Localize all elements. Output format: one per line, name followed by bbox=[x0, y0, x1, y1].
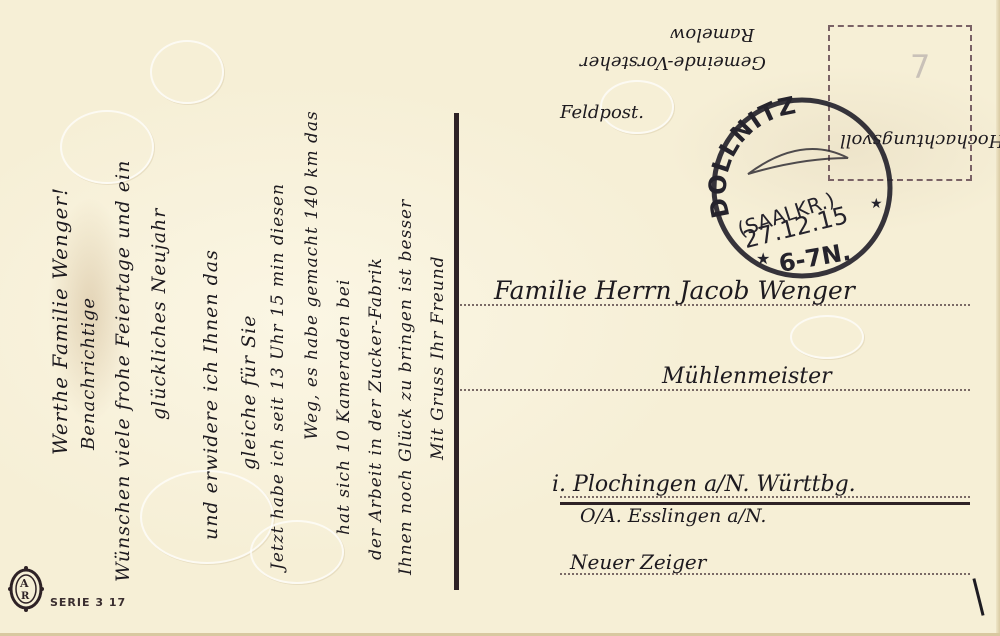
svg-text:A: A bbox=[19, 577, 29, 590]
postmark: DÖLLNITZ (SAALKR.) 27.12.15 6-7N. ★ ★ bbox=[708, 96, 896, 280]
address-street: Neuer Zeiger bbox=[570, 550, 706, 574]
message-line: und erwidere ich Ihnen das bbox=[200, 249, 222, 540]
message-line: Ihnen noch Glück zu bringen ist besser bbox=[396, 199, 416, 575]
svg-text:R: R bbox=[21, 591, 30, 602]
emboss-flower bbox=[250, 520, 344, 584]
address-town: i. Plochingen a/N. Württbg. bbox=[552, 472, 856, 497]
message-line: der Arbeit in der Zucker-Fabrik bbox=[366, 257, 386, 560]
card-right-edge bbox=[996, 0, 1000, 636]
postcard: Werthe Familie Wenger! Benachrichtige Wü… bbox=[0, 0, 1000, 636]
address-occupation: Mühlenmeister bbox=[662, 364, 832, 389]
message-line: Weg, es habe gemacht 140 km das bbox=[302, 110, 322, 440]
monogram-logo-icon: A R bbox=[8, 563, 44, 613]
address-recipient: Familie Herrn Jacob Wenger bbox=[494, 276, 855, 305]
message-line: Wünschen viele frohe Feiertage und ein bbox=[112, 160, 134, 582]
upside-down-note-line: Gemeinde-Vorsteher bbox=[580, 52, 766, 73]
address-district: O/A. Esslingen a/N. bbox=[580, 505, 766, 527]
upside-down-note-line: Ramelow bbox=[670, 24, 754, 45]
message-line: gleiche für Sie bbox=[238, 315, 260, 470]
ink-stroke bbox=[972, 578, 984, 616]
star-icon: ★ bbox=[756, 249, 770, 268]
emboss-flower bbox=[790, 315, 864, 359]
address-rule bbox=[460, 389, 970, 391]
emboss-flower bbox=[60, 110, 154, 184]
star-icon: ★ bbox=[870, 196, 883, 212]
message-line: Benachrichtige bbox=[78, 297, 99, 450]
message-line: Jetzt habe ich seit 13 Uhr 15 min diesen bbox=[268, 183, 288, 570]
message-line: glückliches Neujahr bbox=[148, 208, 170, 420]
pencil-mark: 7 bbox=[910, 48, 930, 86]
upside-down-note-line: Feldpost. bbox=[560, 102, 644, 123]
message-line: hat sich 10 Kameraden bei bbox=[334, 279, 354, 535]
message-line: Mit Gruss Ihr Freund bbox=[428, 255, 448, 460]
card-divider bbox=[454, 113, 459, 590]
series-label: SERIE 3 17 bbox=[50, 596, 126, 609]
emboss-flower bbox=[150, 40, 224, 104]
message-line: Werthe Familie Wenger! bbox=[48, 187, 72, 455]
